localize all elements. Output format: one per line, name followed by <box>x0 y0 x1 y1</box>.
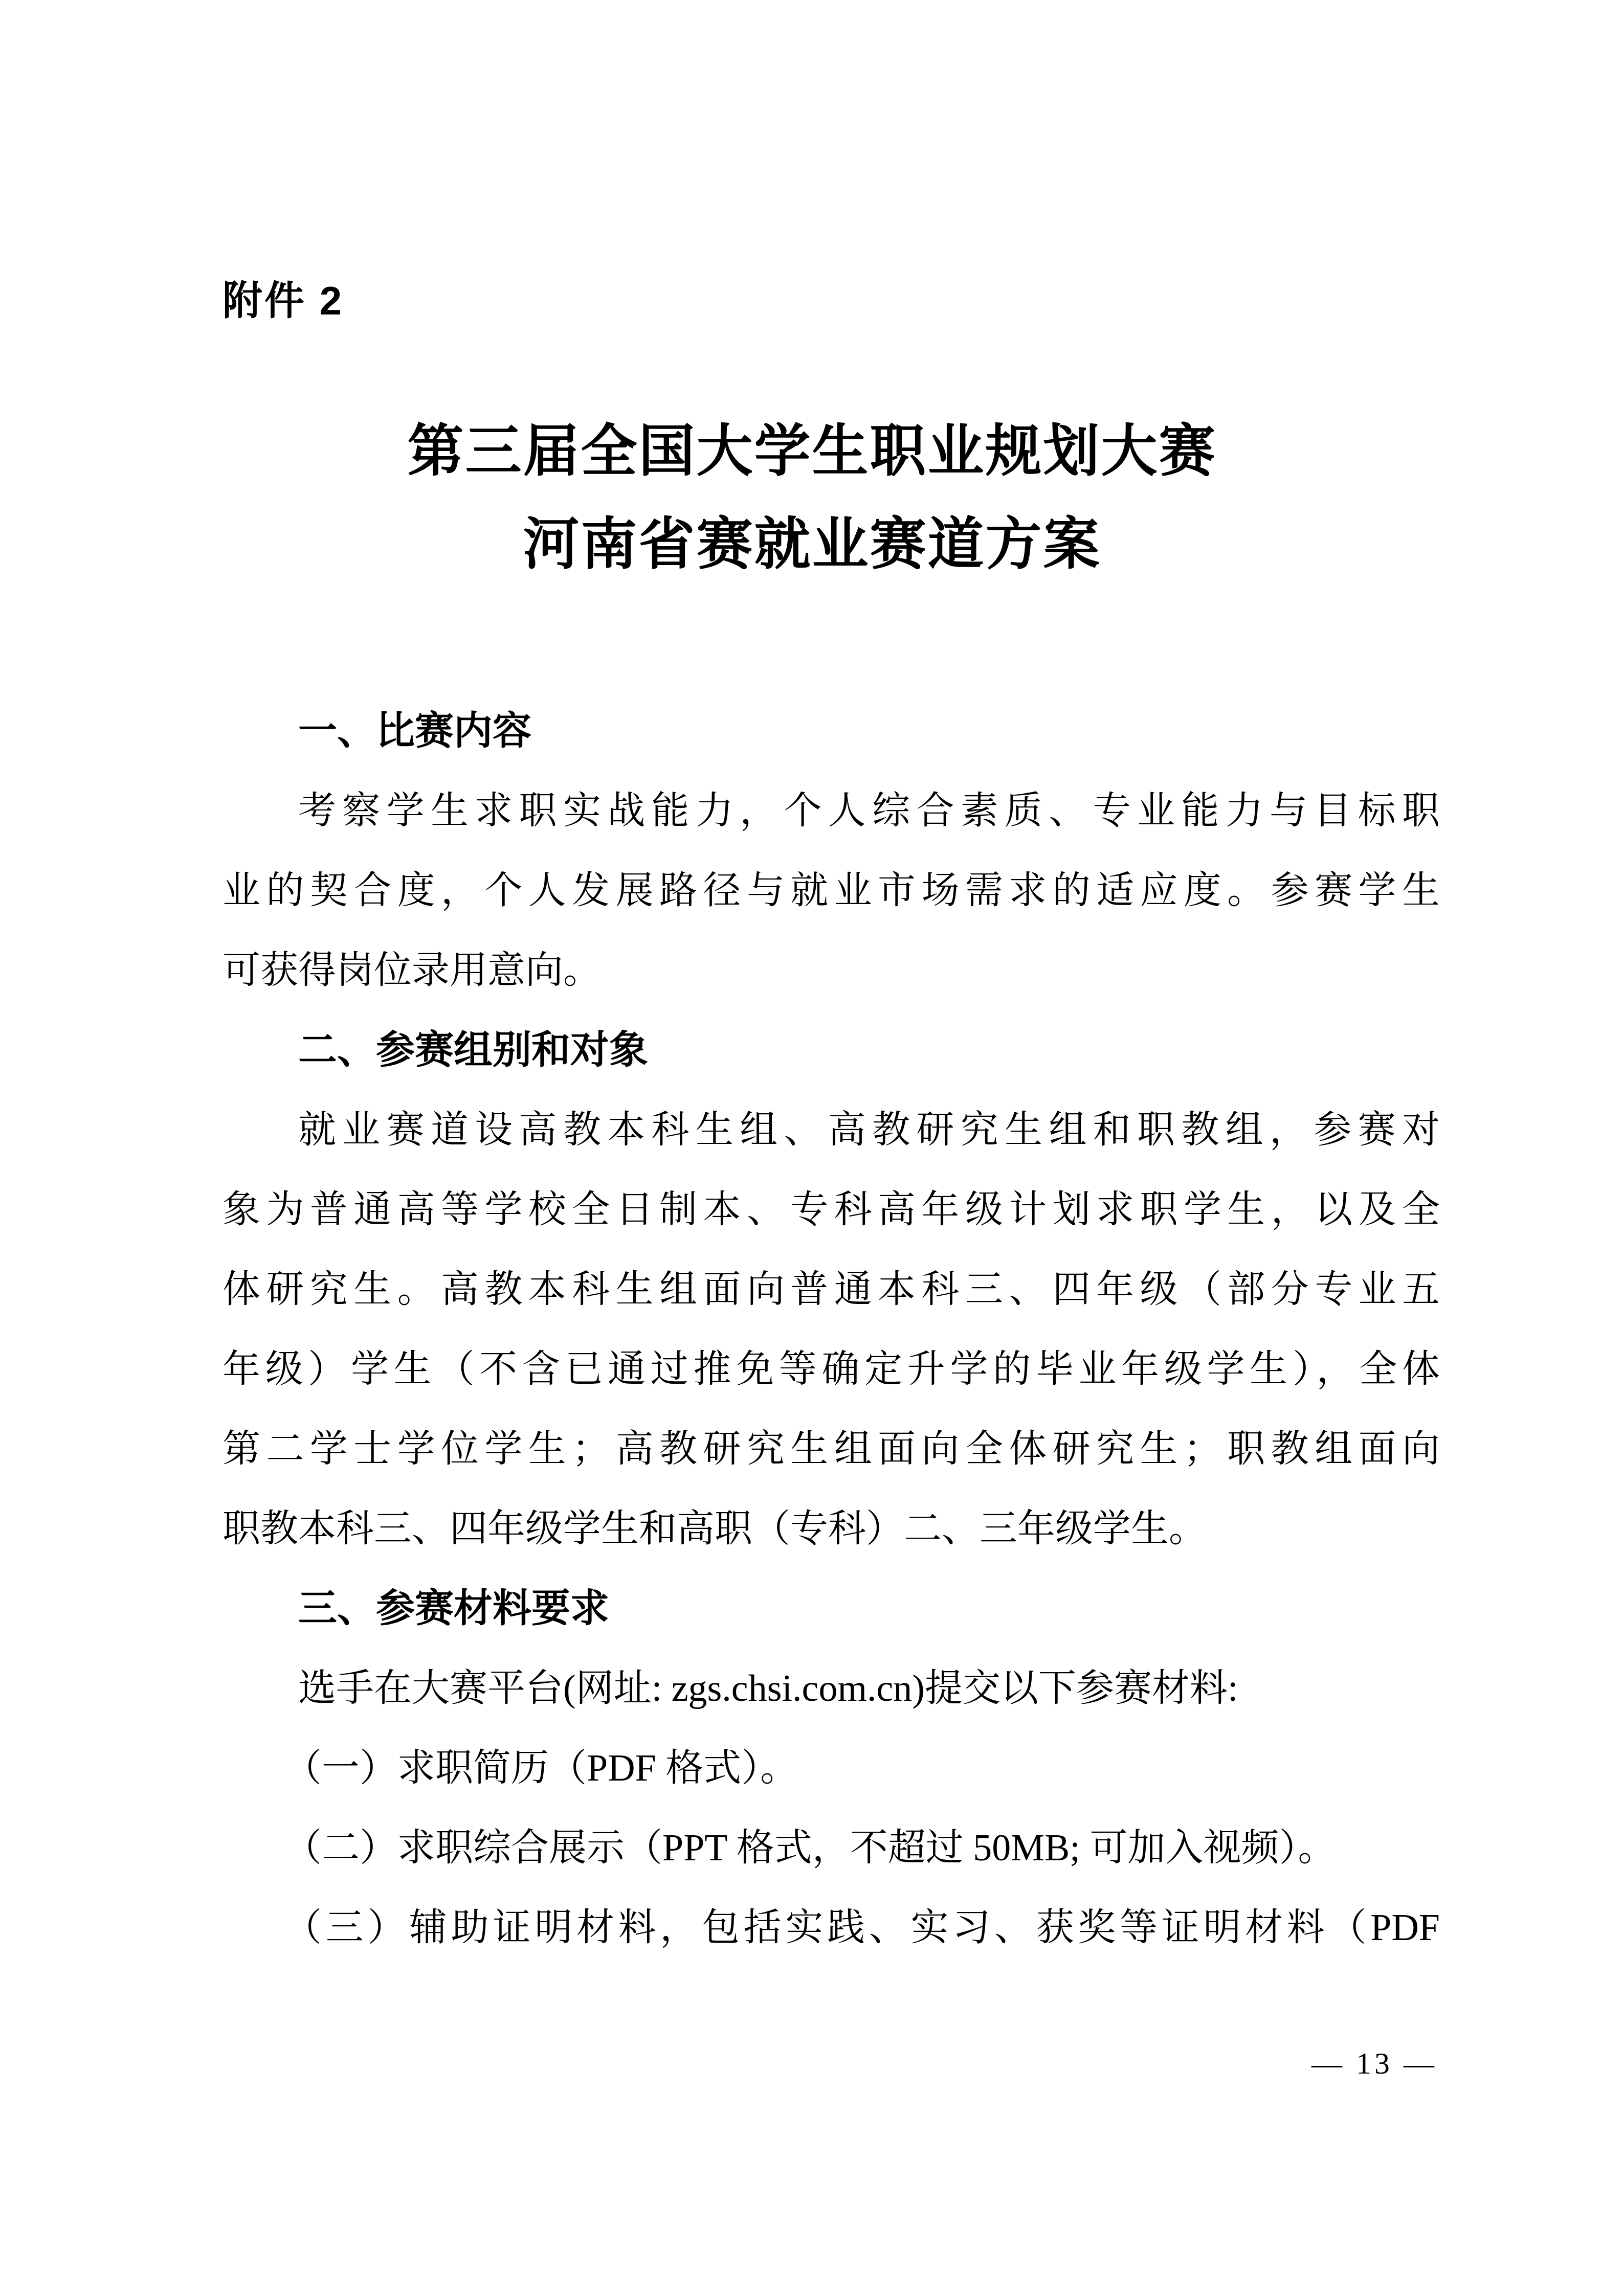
section-1-line-1: 考察学生求职实战能力，个人综合素质、专业能力与目标职 <box>223 771 1440 851</box>
section-3-line-1: 选手在大赛平台(网址: zgs.chsi.com.cn)提交以下参赛材料: <box>223 1649 1440 1728</box>
title-line-1: 第三届全国大学生职业规划大赛 <box>0 405 1624 498</box>
attachment-label: 附件 2 <box>223 275 344 326</box>
section-2-heading: 二、参赛组别和对象 <box>223 1010 1440 1090</box>
page-number: — 13 — <box>1311 2043 1437 2084</box>
section-2-line-1: 就业赛道设高教本科生组、高教研究生组和职教组，参赛对 <box>223 1090 1440 1170</box>
section-2-line-6: 职教本科三、四年级学生和高职（专科）二、三年级学生。 <box>223 1489 1440 1569</box>
section-3-item-2: （二）求职综合展示（PPT 格式，不超过 50MB; 可加入视频）。 <box>223 1808 1440 1888</box>
section-3-item-1: （一）求职简历（PDF 格式）。 <box>223 1728 1440 1808</box>
section-2-line-5: 第二学士学位学生；高教研究生组面向全体研究生；职教组面向 <box>223 1409 1440 1489</box>
section-3-item-3: （三）辅助证明材料，包括实践、实习、获奖等证明材料（PDF <box>223 1888 1440 1968</box>
title-line-2: 河南省赛就业赛道方案 <box>0 498 1624 591</box>
section-1-line-3: 可获得岗位录用意向。 <box>223 931 1440 1010</box>
section-2-line-2: 象为普通高等学校全日制本、专科高年级计划求职学生，以及全 <box>223 1170 1440 1250</box>
section-3-heading: 三、参赛材料要求 <box>223 1569 1440 1649</box>
document-page: 附件 2 第三届全国大学生职业规划大赛 河南省赛就业赛道方案 一、比赛内容 考察… <box>0 0 1624 2296</box>
document-body: 一、比赛内容 考察学生求职实战能力，个人综合素质、专业能力与目标职 业的契合度，… <box>223 691 1440 1968</box>
section-2-line-3: 体研究生。高教本科生组面向普通本科三、四年级（部分专业五 <box>223 1250 1440 1330</box>
section-1-heading: 一、比赛内容 <box>223 691 1440 771</box>
section-2-line-4: 年级）学生（不含已通过推免等确定升学的毕业年级学生），全体 <box>223 1330 1440 1409</box>
document-title: 第三届全国大学生职业规划大赛 河南省赛就业赛道方案 <box>0 405 1624 591</box>
section-1-line-2: 业的契合度，个人发展路径与就业市场需求的适应度。参赛学生 <box>223 851 1440 931</box>
